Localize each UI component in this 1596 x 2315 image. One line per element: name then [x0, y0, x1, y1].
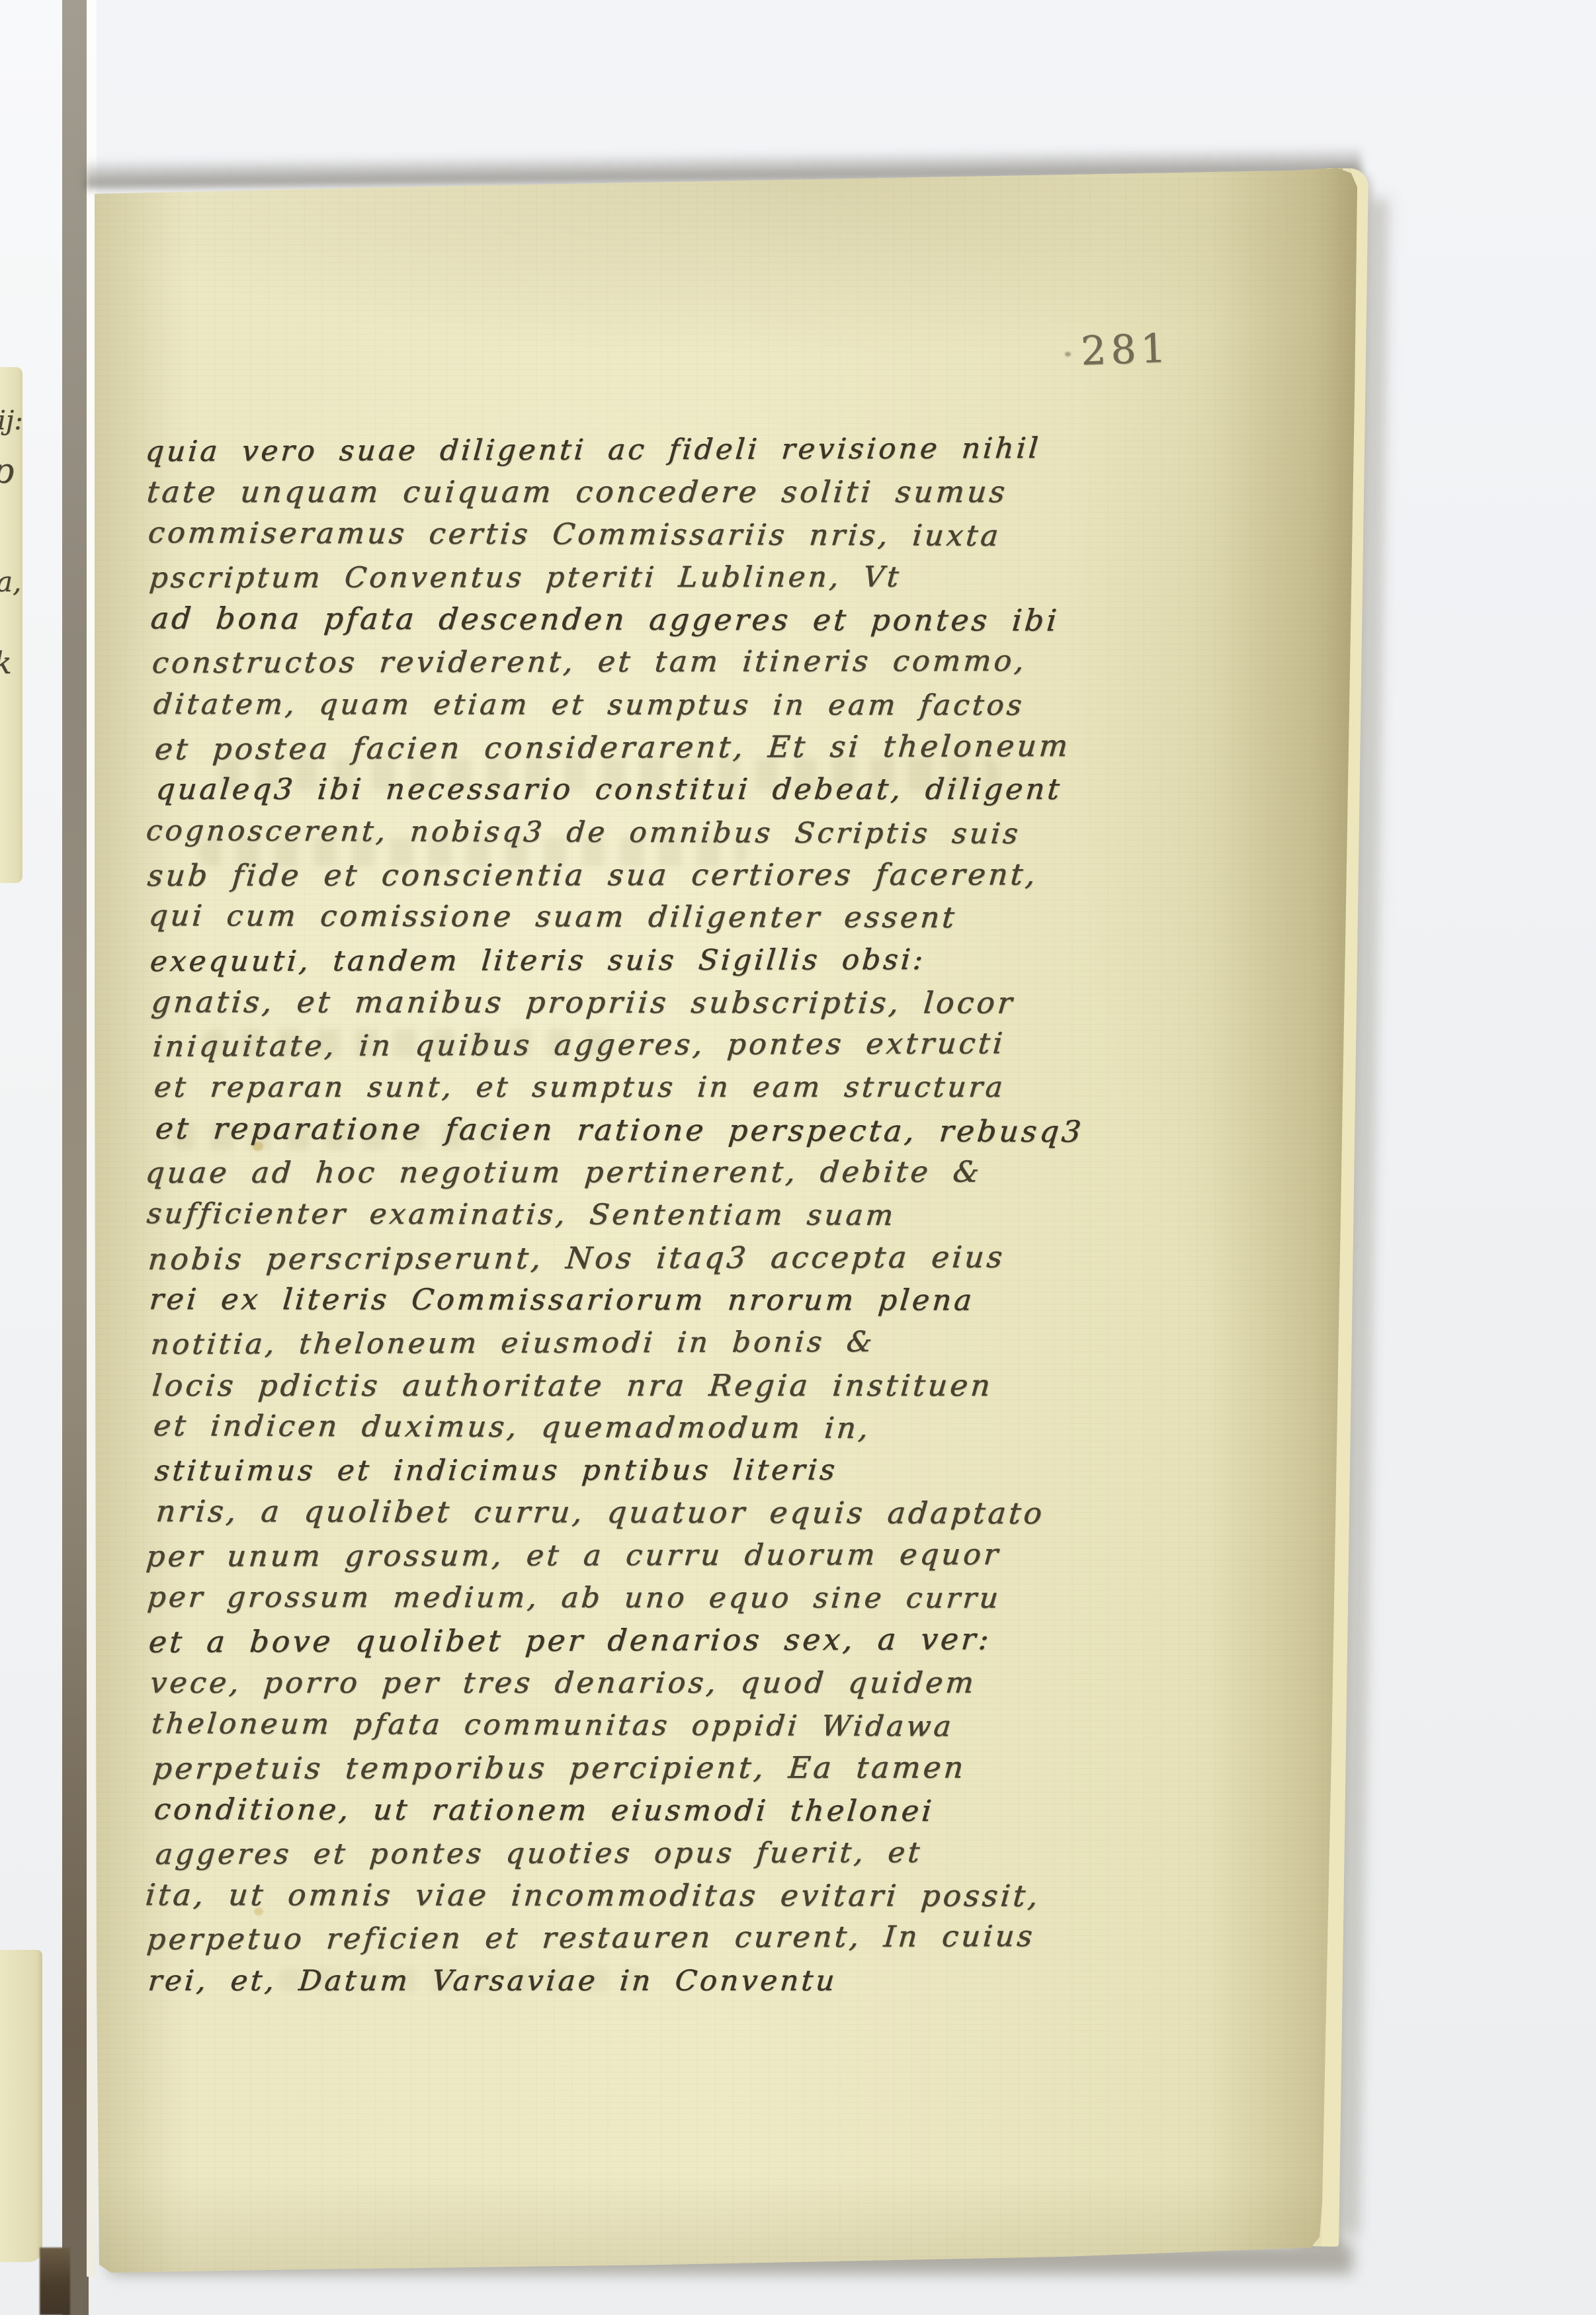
manuscript-line: ad bona pfata descenden aggeres et ponte…	[149, 597, 1211, 642]
spine-strip	[40, 2248, 70, 2315]
manuscript-line: et indicen duximus, quemadmodum in,	[151, 1405, 1214, 1451]
manuscript-line: stituimus et indicimus pntibus literis	[153, 1449, 1215, 1492]
facing-page-text-fragment: k	[0, 645, 12, 681]
manuscript-line: locis pdictis authoritate nra Regia inst…	[150, 1365, 1212, 1407]
manuscript-line: gnatis, et manibus propriis subscriptis,…	[149, 981, 1212, 1025]
manuscript-photo: ij: p a, k 281 quia vero suae diligenti …	[0, 0, 1596, 2315]
manuscript-line: iniquitate, in quibus aggeres, pontes ex…	[151, 1022, 1212, 1068]
manuscript-line: et a bove quolibet per denarios sex, a v…	[147, 1617, 1208, 1663]
manuscript-line: sufficienter examinatis, Sententiam suam	[145, 1193, 1207, 1238]
manuscript-line: quia vero suae diligenti ac fideli revis…	[144, 427, 1205, 473]
manuscript-line: constructos reviderent, et tam itineris …	[150, 640, 1212, 685]
manuscript-text-block: quia vero suae diligenti ac fideli revis…	[151, 429, 1209, 2002]
manuscript-line: commiseramus certis Commissariis nris, i…	[146, 512, 1208, 558]
manuscript-line: qui cum comissione suam diligenter essen…	[147, 895, 1209, 940]
facing-page-text-fragment: p	[0, 452, 14, 491]
manuscript-line: qualeq3 ibi necessario constitui debeat,…	[154, 769, 1216, 811]
manuscript-line: tate unquam cuiquam concedere soliti sum…	[145, 471, 1207, 513]
manuscript-line: notitia, theloneum eiusmodi in bonis &	[149, 1320, 1210, 1366]
photo-backdrop: { "page": { "number": "281" }, "manuscri…	[0, 0, 1596, 2315]
facing-page-text-fragment: ij:	[0, 405, 22, 436]
ink-speck	[1065, 352, 1071, 357]
facing-page-text-fragment: a,	[0, 566, 21, 598]
facing-page-bottom-sliver	[0, 1950, 42, 2262]
manuscript-line: rei ex literis Commissariorum nrorum ple…	[147, 1279, 1210, 1322]
facing-page-sliver: ij: p a, k	[0, 367, 22, 883]
manuscript-line: ita, ut omnis viae incommoditas evitari …	[144, 1874, 1206, 1917]
manuscript-line: ditatem, quam etiam et sumptus in eam fa…	[151, 683, 1214, 727]
manuscript-line: nris, a quolibet curru, quatuor equis ad…	[154, 1490, 1216, 1535]
manuscript-line: theloneum pfata communitas oppidi Widawa	[149, 1703, 1212, 1749]
manuscript-line: conditione, ut rationem eiusmodi thelone…	[152, 1789, 1214, 1833]
manuscript-line: vece, porro per tres denarios, quod quid…	[148, 1662, 1210, 1705]
manuscript-line: et reparatione facien ratione perspecta,…	[153, 1107, 1216, 1154]
manuscript-line: rei, et, Datum Varsaviae in Conventu	[146, 1960, 1208, 2002]
manuscript-line: per grossum medium, ab uno equo sine cur…	[146, 1576, 1208, 1620]
manuscript-line: quae ad hoc negotium pertinerent, debite…	[144, 1151, 1206, 1195]
manuscript-line: perpetuo reficien et restauren curent, I…	[145, 1915, 1206, 1961]
manuscript-line: nobis perscripserunt, Nos itaq3 accepta …	[146, 1236, 1208, 1281]
manuscript-line: aggeres et pontes quoties opus fuerit, e…	[153, 1831, 1215, 1876]
manuscript-line: cognoscerent, nobisq3 de omnibus Scripti…	[144, 810, 1206, 856]
manuscript-line: pscriptum Conventus pteriti Lublinen, Vt	[147, 556, 1210, 599]
manuscript-line: per unum grossum, et a curru duorum equo…	[144, 1533, 1206, 1578]
gutter-shadow	[62, 0, 89, 2315]
manuscript-line: perpetuis temporibus percipient, Ea tame…	[151, 1746, 1213, 1790]
manuscript-line: et reparan sunt, et sumptus in eam struc…	[152, 1066, 1214, 1109]
manuscript-line: sub fide et conscientia sua certiores fa…	[146, 853, 1208, 897]
page-number: 281	[1080, 325, 1171, 375]
manuscript-line: exequuti, tandem literis suis Sigillis o…	[148, 938, 1210, 983]
manuscript-line: et postea facien considerarent, Et si th…	[153, 724, 1214, 771]
